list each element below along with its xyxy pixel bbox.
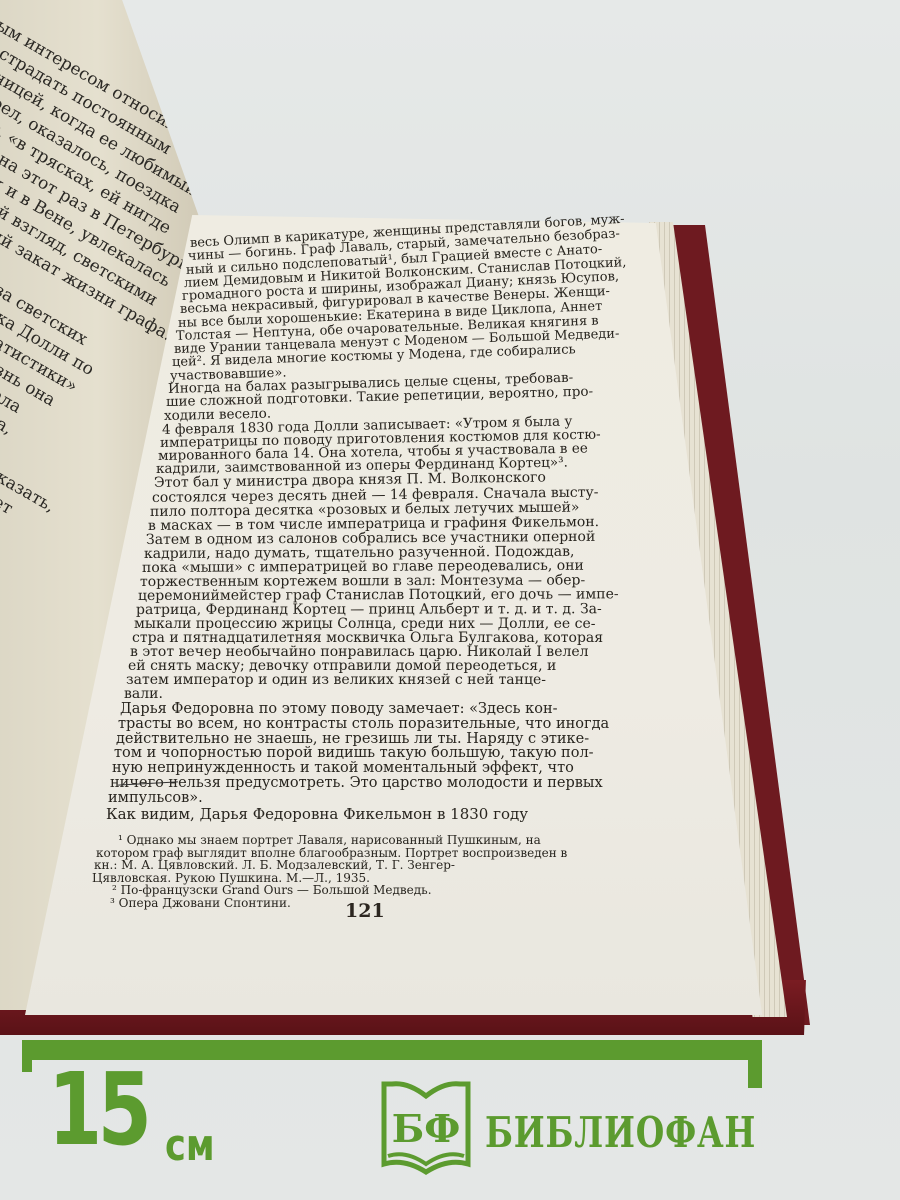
right-page-text: весь Олимп в карикатуре, женщины предста…	[0, 0, 900, 1000]
book-photo: …енным интересом относилась к…залы страд…	[0, 0, 900, 1200]
size-value: 15	[48, 1060, 147, 1160]
text-line: ную непринужденность и такой моментальны…	[112, 760, 574, 776]
page-number: 121	[345, 900, 385, 922]
text-line: затем император и один из великих князей…	[126, 672, 546, 688]
text-line: Как видим, Дарья Федоровна Фикельмон в 1…	[106, 805, 528, 823]
ruler-right-tick	[748, 1040, 762, 1088]
text-line: ничего нельзя предусмотреть. Это царство…	[110, 775, 603, 791]
text-line: трасты во всем, но контрасты столь пораз…	[118, 716, 609, 732]
logo-monogram: БФ	[392, 1106, 461, 1151]
text-line: действительно не знаешь, не грезишь ли т…	[116, 731, 589, 747]
footnote-line: ³ Опера Джовани Спонтини.	[110, 896, 291, 910]
text-line: импульсов».	[108, 790, 203, 806]
size-unit: см	[165, 1120, 215, 1171]
brand-name: БИБЛИОФАН	[485, 1108, 756, 1157]
text-line: вали.	[124, 686, 163, 702]
ruler-left-tick	[22, 1040, 32, 1072]
text-line: Дарья Федоровна по этому поводу замечает…	[120, 701, 558, 717]
text-line: том и чопорностью порой видишь такую бол…	[114, 745, 594, 761]
open-book-logo-icon: БФ	[380, 1080, 472, 1176]
